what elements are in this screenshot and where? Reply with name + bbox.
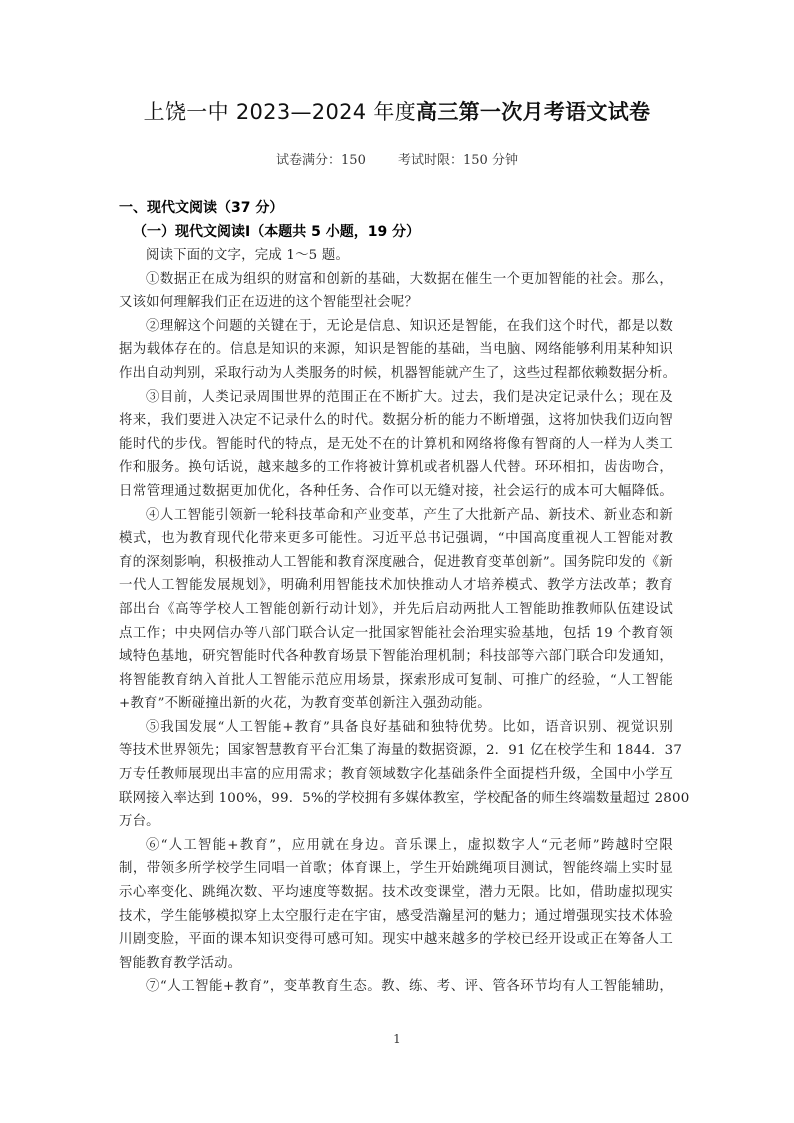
- subsection-heading: （一）现代文阅读Ⅰ（本题共 5 小题，19 分）: [119, 221, 673, 245]
- paragraph: ④人工智能引领新一轮科技革命和产业变革，产生了大批新产品、新技术、新业态和新 模…: [119, 504, 673, 716]
- time-limit: 考试时限：150 分钟: [398, 153, 518, 168]
- paragraph-line: 技术，学生能够模拟穿上太空服行走在宇宙，感受浩瀚星河的魅力；通过增强现实技术体验: [119, 905, 673, 929]
- paragraph-line: ⑦“人工智能+教育”，变革教育生态。教、练、考、评、管各环节均有人工智能辅助，: [119, 975, 673, 999]
- paragraph-line: ⑤我国发展“人工智能+教育”具备良好基础和独特优势。比如，语音识别、视觉识别: [119, 716, 673, 740]
- paragraph-line: 育的深刻影响，积极推动人工智能和教育深度融合，促进教育变革创新”。国务院印发的《…: [119, 551, 673, 575]
- paragraph: ⑥“人工智能+教育”，应用就在身边。音乐课上，虚拟数字人“元老师”跨越时空限 制…: [119, 834, 673, 976]
- paragraph-line: 部出台《高等学校人工智能创新行动计划》，并先后启动两批人工智能助推教师队伍建设试: [119, 598, 673, 622]
- paragraph-line: 示心率变化、跳绳次数、平均速度等数据。技术改变课堂，潜力无限。比如，借助虚拟现实: [119, 881, 673, 905]
- paragraph-line: 等技术世界领先；国家智慧教育平台汇集了海量的数据资源，2．91 亿在校学生和 1…: [119, 739, 673, 763]
- paragraph-line: 制，带领多所学校学生同唱一首歌；体育课上，学生开始跳绳项目测试，智能终端上实时显: [119, 857, 673, 881]
- exam-title-regular: 上饶一中 2023—2024 年度: [144, 100, 416, 124]
- paragraph-line: 川剧变脸，平面的课本知识变得可感可知。现实中越来越多的学校已经开设或正在筹备人工: [119, 928, 673, 952]
- reading-instruction: 阅读下面的文字，完成 1～5 题。: [119, 244, 673, 268]
- paragraph-line: 又该如何理解我们正在迈进的这个智能型社会呢？: [119, 291, 673, 315]
- exam-meta: 试卷满分：150 考试时限：150 分钟: [0, 149, 794, 168]
- paragraph-line: ②理解这个问题的关键在于，无论是信息、知识还是智能，在我们这个时代，都是以数: [119, 315, 673, 339]
- paragraph-line: 一代人工智能发展规划》，明确利用智能技术加快推动人才培养模式、教学方法改革；教育: [119, 574, 673, 598]
- paragraph-line: 联网接入率达到 100%，99．5%的学校拥有多媒体教室，学校配备的师生终端数量…: [119, 787, 673, 811]
- paragraph-line: 智能教育教学活动。: [119, 952, 673, 976]
- paragraph-line: 点工作；中央网信办等八部门联合认定一批国家智能社会治理实验基地，包括 19 个教…: [119, 622, 673, 646]
- paragraph: ②理解这个问题的关键在于，无论是信息、知识还是智能，在我们这个时代，都是以数 据…: [119, 315, 673, 386]
- paragraph-line: 将智能教育纳入首批人工智能示范应用场景，探索形成可复制、可推广的经验，“人工智能: [119, 669, 673, 693]
- paragraph-line: 将来，我们要进入决定不记录什么的时代。数据分析的能力不断增强，这将加快我们迈向智: [119, 409, 673, 433]
- paragraph-line: 能时代的步伐。智能时代的特点，是无处不在的计算机和网络将像有智商的人一样为人类工: [119, 433, 673, 457]
- paragraph: ①数据正在成为组织的财富和创新的基础，大数据在催生一个更加智能的社会。那么， 又…: [119, 268, 673, 315]
- paragraph-line: ①数据正在成为组织的财富和创新的基础，大数据在催生一个更加智能的社会。那么，: [119, 268, 673, 292]
- paragraph-line: 模式，也为教育现代化带来更多可能性。习近平总书记强调，“中国高度重视人工智能对教: [119, 527, 673, 551]
- paragraph-line: 万专任教师展现出丰富的应用需求；教育领域数字化基础条件全面提档升级，全国中小学互: [119, 763, 673, 787]
- exam-title-bold: 高三第一次月考语文试卷: [416, 100, 650, 124]
- paragraph-line: 作出自动判别，采取行动为人类服务的时候，机器智能就产生了，这些过程都依赖数据分析…: [119, 362, 673, 386]
- paragraph-line: ③目前，人类记录周围世界的范围正在不断扩大。过去，我们是决定记录什么；现在及: [119, 386, 673, 410]
- paragraph-line: 作和服务。换句话说，越来越多的工作将被计算机或者机器人代替。环环相扣，齿齿吻合，: [119, 456, 673, 480]
- paragraph-line: 日常管理通过数据更加优化，各种任务、合作可以无缝对接，社会运行的成本可大幅降低。: [119, 480, 673, 504]
- paragraph-line: ④人工智能引领新一轮科技革命和产业变革，产生了大批新产品、新技术、新业态和新: [119, 504, 673, 528]
- paragraph: ⑤我国发展“人工智能+教育”具备良好基础和独特优势。比如，语音识别、视觉识别 等…: [119, 716, 673, 834]
- paragraph-line: 万台。: [119, 810, 673, 834]
- passage: ①数据正在成为组织的财富和创新的基础，大数据在催生一个更加智能的社会。那么， 又…: [119, 268, 673, 999]
- exam-page: 上饶一中 2023—2024 年度高三第一次月考语文试卷 试卷满分：150 考试…: [0, 0, 794, 1123]
- paragraph-line: ⑥“人工智能+教育”，应用就在身边。音乐课上，虚拟数字人“元老师”跨越时空限: [119, 834, 673, 858]
- full-score: 试卷满分：150: [276, 153, 366, 168]
- page-number: 1: [0, 1032, 794, 1046]
- exam-title: 上饶一中 2023—2024 年度高三第一次月考语文试卷: [0, 96, 794, 126]
- paragraph-line: +教育”不断碰撞出新的火花，为教育变革创新注入强劲动能。: [119, 692, 673, 716]
- section-heading: 一、现代文阅读（37 分）: [119, 197, 673, 221]
- paragraph: ⑦“人工智能+教育”，变革教育生态。教、练、考、评、管各环节均有人工智能辅助，: [119, 975, 673, 999]
- paragraph-line: 域特色基地，研究智能时代各种教育场景下智能治理机制；科技部等六部门联合印发通知，: [119, 645, 673, 669]
- exam-content: 一、现代文阅读（37 分） （一）现代文阅读Ⅰ（本题共 5 小题，19 分） 阅…: [119, 197, 673, 999]
- paragraph: ③目前，人类记录周围世界的范围正在不断扩大。过去，我们是决定记录什么；现在及 将…: [119, 386, 673, 504]
- paragraph-line: 据为载体存在的。信息是知识的来源，知识是智能的基础，当电脑、网络能够利用某种知识: [119, 338, 673, 362]
